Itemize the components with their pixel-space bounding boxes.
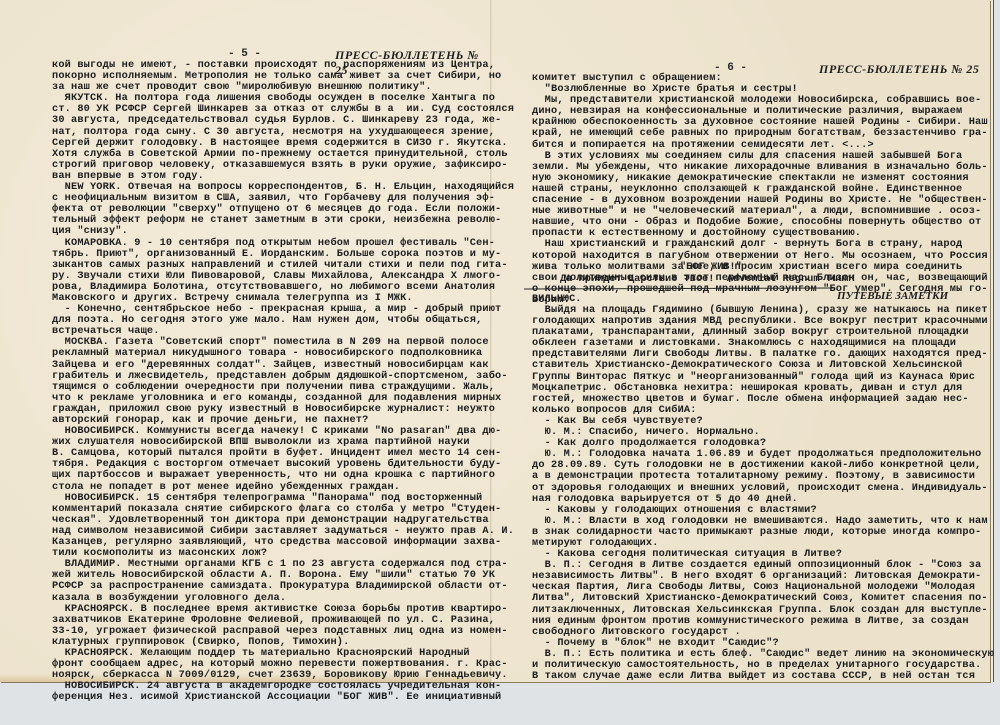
slogan: "БОГ ЖИВ!" bbox=[680, 261, 742, 273]
page-body-text: кой выгоды не имеют, - поставки происход… bbox=[52, 60, 514, 703]
text-line: а в демонстрации протеста тоталитарному … bbox=[532, 471, 994, 482]
text-line: Литва", Литовский Христианско-Демократич… bbox=[532, 593, 994, 604]
document-spread: - 5 - ПРЕСС-БЮЛЛЕТЕНЬ № 25 кой выгоды не… bbox=[0, 0, 990, 682]
text-line: которой находится в пагубном отвержении … bbox=[532, 251, 988, 262]
text-line: от здоровья голодающих и внешних условий… bbox=[532, 483, 994, 494]
text-line: нат, полтора года сыну. С 30 августа, не… bbox=[52, 127, 514, 138]
text-line: КОМАРОВКА. 9 - 10 сентября под открытым … bbox=[52, 238, 514, 249]
text-line: Зайцева и его "деревянных солдат". Зайце… bbox=[52, 360, 514, 371]
text-line: ставитель Христианско-Демократического С… bbox=[532, 360, 994, 371]
text-line: ференция Нез. исимой Христианской Ассоци… bbox=[52, 692, 514, 703]
appeal-text: комитет выступил с обращением: "Возлюбле… bbox=[532, 73, 988, 306]
text-line: казала в возбуждении уголовного дела. bbox=[52, 593, 514, 604]
text-line: ция "снизу". bbox=[52, 226, 514, 237]
text-line: бится и попирается на протяжении семидес… bbox=[532, 140, 988, 151]
text-line: В таком случае даже если Литва выйдет из… bbox=[532, 671, 994, 682]
page-6: - 6 - ПРЕСС-БЮЛЛЕТЕНЬ № 25 комитет высту… bbox=[492, 0, 990, 682]
text-line: РСФСР за распространение самиздата. Прок… bbox=[52, 581, 514, 592]
text-line: Группы Винторас Пяткус и "неорганизованн… bbox=[532, 372, 994, 383]
travel-notes-text: Выйдя на площадь Гядимино (бывшую Ленина… bbox=[532, 305, 994, 682]
text-line: щих партбоссов и выражает уверенность, ч… bbox=[52, 470, 514, 481]
closing-line: Да приидет Царствие Твое! Adveniat Regnu… bbox=[560, 273, 857, 285]
section-title: ПУТЕВЫЕ ЗАМЕТКИ bbox=[837, 290, 948, 302]
text-line: литзаключенных, Литовская Хельсинкская Г… bbox=[532, 605, 994, 616]
text-line: Наш христианский и гражданский долг - ве… bbox=[532, 239, 988, 250]
text-line: стола не попадет в рот менее идейно убеж… bbox=[52, 482, 514, 493]
page-5: - 5 - ПРЕСС-БЮЛЛЕТЕНЬ № 25 кой выгоды не… bbox=[0, 0, 490, 682]
text-line: 30 августа, председательствовал судья Бу… bbox=[52, 115, 514, 126]
text-line: край, не имеющий себе равных по природны… bbox=[532, 128, 988, 139]
text-line: рекламный материал никудышного товара - … bbox=[52, 348, 514, 359]
